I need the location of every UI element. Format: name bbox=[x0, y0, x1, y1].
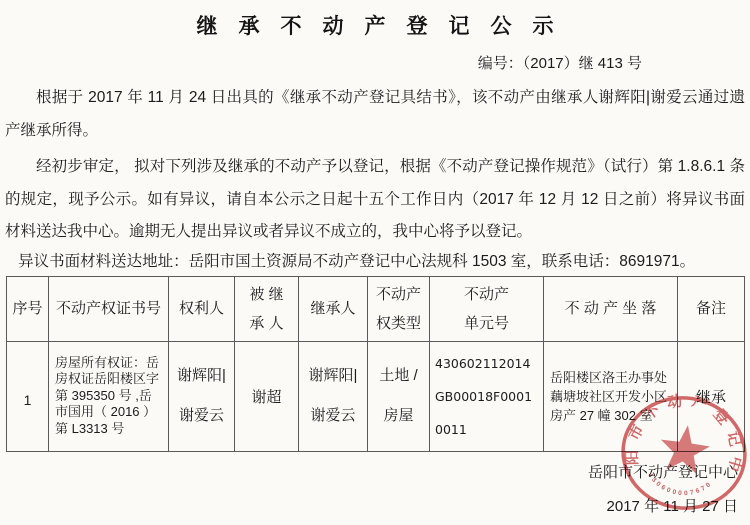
cell-heir: 谢辉阳|谢爱云 bbox=[299, 341, 368, 451]
cell-unit-no: 430602112014GB00018F00010011 bbox=[430, 341, 544, 451]
page-title: 继承不动产登记公示 bbox=[0, 10, 750, 40]
header-heir: 继承人 bbox=[299, 276, 368, 341]
doc-number: 编号：（2017）继 413 号 bbox=[0, 52, 750, 73]
signature-block: 岳阳市不动产登记中心 2017 年 11 月 27 日 bbox=[0, 461, 750, 516]
notice-document: 继承不动产登记公示 编号：（2017）继 413 号 根据于 2017 年 11… bbox=[0, 0, 750, 525]
cell-right-type: 土地 / 房屋 bbox=[368, 341, 430, 451]
header-cert-no: 不动产权证书号 bbox=[49, 276, 169, 341]
header-right-holder: 权利人 bbox=[169, 276, 235, 341]
header-remark: 备注 bbox=[678, 276, 745, 341]
cell-decedent: 谢超 bbox=[235, 341, 299, 451]
header-seq: 序号 bbox=[7, 276, 49, 341]
table-header-row: 序号 不动产权证书号 权利人 被 继 承 人 继承人 不动产 权类型 不动产 单… bbox=[7, 276, 745, 341]
issue-date: 2017 年 11 月 27 日 bbox=[0, 495, 738, 516]
header-location: 不 动 产 坐 落 bbox=[544, 276, 678, 341]
header-unit-no: 不动产 单元号 bbox=[430, 276, 544, 341]
table-row: 1 房屋所有权证：岳房权证岳阳楼区字第 395350 号 ,岳市国用（ 2016… bbox=[7, 341, 745, 451]
header-right-type: 不动产 权类型 bbox=[368, 276, 430, 341]
paragraph-basis: 根据于 2017 年 11 月 24 日出具的《继承不动产登记具结书》，该不动产… bbox=[5, 82, 745, 147]
cell-location: 岳阳楼区洛王办事处藕塘坡社区开发小区房产 27 幢 302 室 bbox=[544, 341, 678, 451]
cell-cert-no: 房屋所有权证：岳房权证岳阳楼区字第 395350 号 ,岳市国用（ 2016 ）… bbox=[49, 341, 169, 451]
header-decedent: 被 继 承 人 bbox=[235, 276, 299, 341]
cell-seq: 1 bbox=[7, 341, 49, 451]
property-table: 序号 不动产权证书号 权利人 被 继 承 人 继承人 不动产 权类型 不动产 单… bbox=[6, 276, 745, 452]
cell-right-holder: 谢辉阳|谢爱云 bbox=[169, 341, 235, 451]
issuer-name: 岳阳市不动产登记中心 bbox=[0, 461, 738, 482]
cell-remark: 继承 bbox=[678, 341, 745, 451]
paragraph-review: 经初步审定， 拟对下列涉及继承的不动产予以登记，根据《不动产登记操作规范》（试行… bbox=[5, 151, 745, 249]
paragraph-address: 异议书面材料送达地址：岳阳市国土资源局不动产登记中心法规科 1503 室，联系电… bbox=[5, 249, 745, 275]
